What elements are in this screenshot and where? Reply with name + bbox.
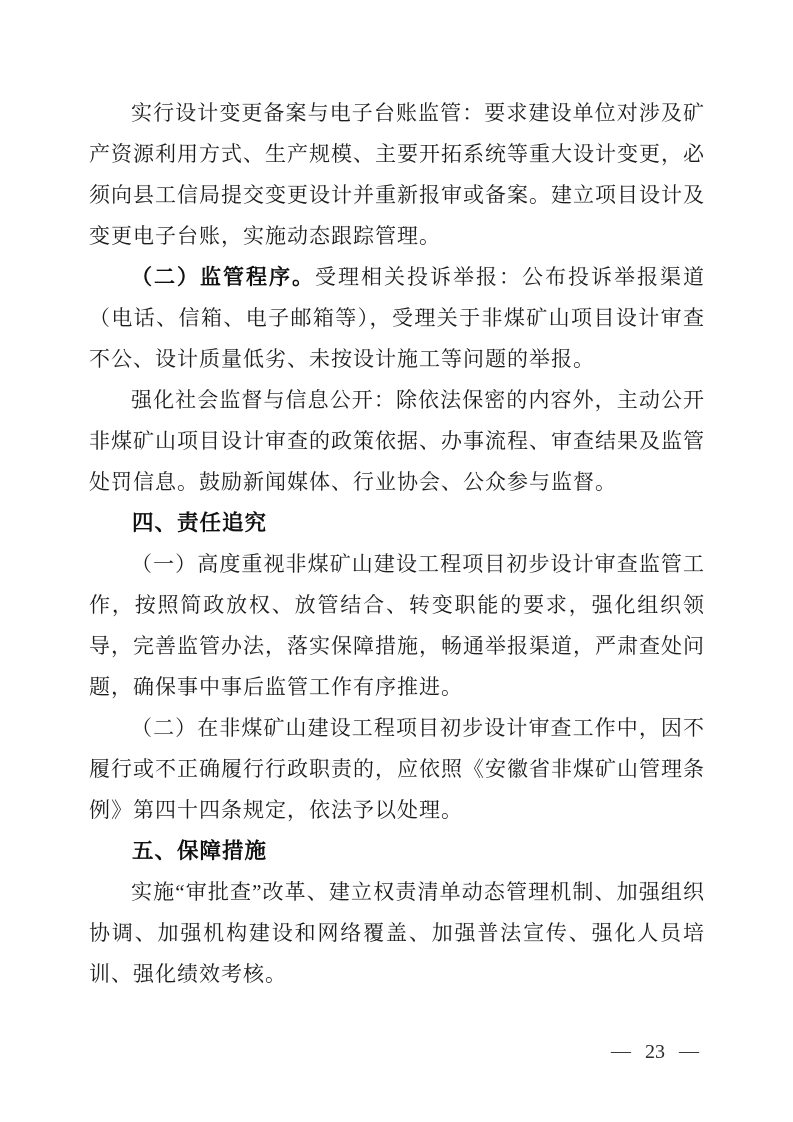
- paragraph: 强化社会监督与信息公开：除依法保密的内容外，主动公开非煤矿山项目设计审查的政策依…: [89, 380, 705, 503]
- document-body: 实行设计变更备案与电子台账监管：要求建设单位对涉及矿产资源利用方式、生产规模、主…: [89, 93, 705, 995]
- page-number-footer: — 23 —: [611, 1041, 699, 1064]
- paragraph: 实施“审批查”改革、建立权责清单动态管理机制、加强组织协调、加强机构建设和网络覆…: [89, 872, 705, 995]
- paragraph-lead: （二）监管程序。: [131, 265, 315, 289]
- paragraph: （二）监管程序。受理相关投诉举报：公布投诉举报渠道（电话、信箱、电子邮箱等），受…: [89, 257, 705, 380]
- section-heading-5: 五、保障措施: [89, 831, 705, 872]
- page-number: 23: [645, 1041, 665, 1064]
- footer-dash-left: —: [611, 1040, 631, 1063]
- paragraph: （一）高度重视非煤矿山建设工程项目初步设计审查监管工作，按照简政放权、放管结合、…: [89, 544, 705, 708]
- paragraph: （二）在非煤矿山建设工程项目初步设计审查工作中，因不履行或不正确履行行政职责的，…: [89, 708, 705, 831]
- section-heading-4: 四、责任追究: [89, 503, 705, 544]
- paragraph: 实行设计变更备案与电子台账监管：要求建设单位对涉及矿产资源利用方式、生产规模、主…: [89, 93, 705, 257]
- document-page: 实行设计变更备案与电子台账监管：要求建设单位对涉及矿产资源利用方式、生产规模、主…: [0, 0, 793, 1122]
- footer-dash-right: —: [679, 1040, 699, 1063]
